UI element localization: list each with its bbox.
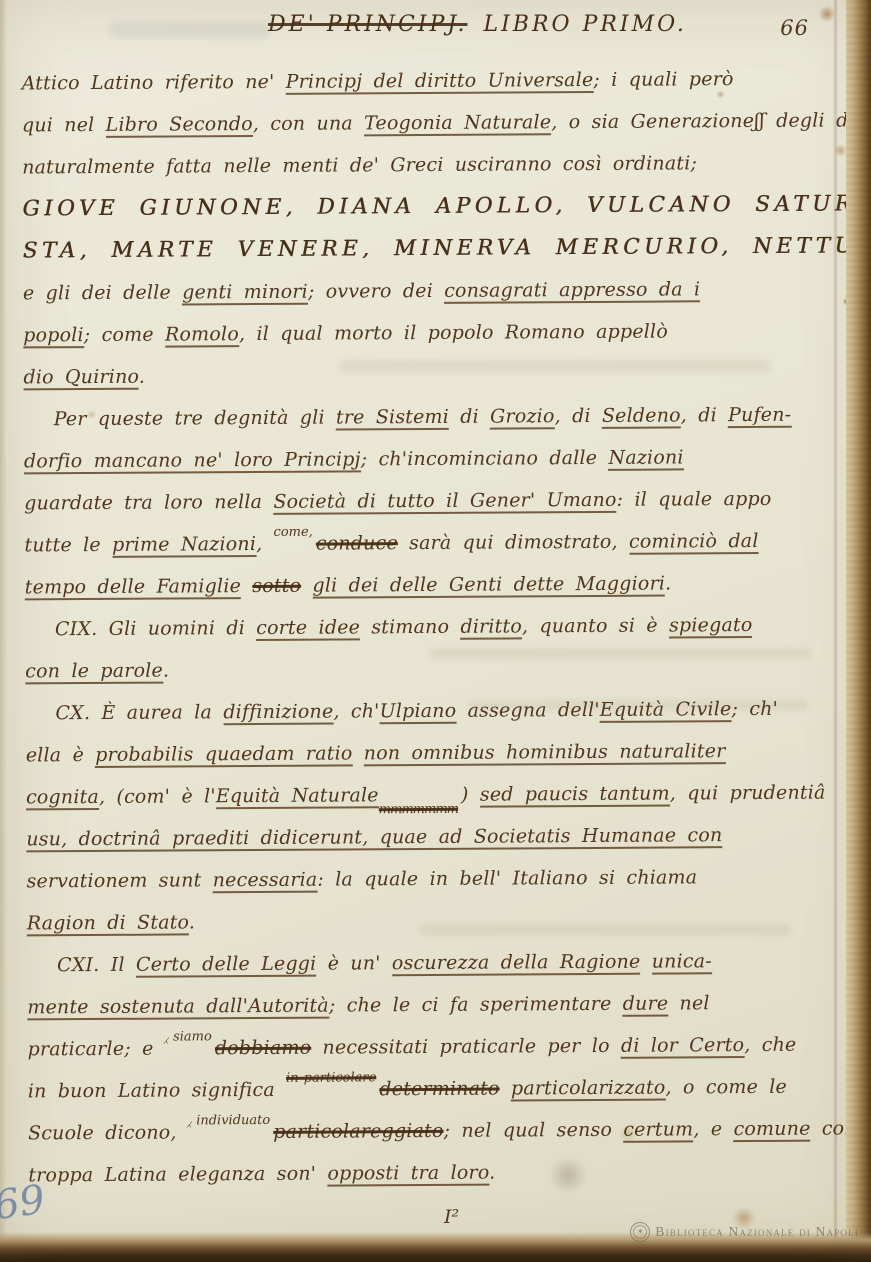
page-edge-left	[0, 0, 7, 1262]
manuscript-line: Scuole dicono, ⁁ individuatoparticolareg…	[28, 1108, 824, 1155]
manuscript-line: con le parole.	[25, 646, 821, 693]
manuscript-line: dorfio mancano ne' loro Principj; ch'inc…	[24, 436, 820, 483]
manuscript-line: ella è probabilis quaedam ratio non omni…	[26, 730, 822, 777]
manuscript-line: popoli; come Romolo, il qual morto il po…	[23, 310, 819, 357]
manuscript-line: CIX. Gli uomini di corte idee stimano di…	[25, 604, 821, 651]
library-stamp: ✶ Biblioteca Nazionale di Napoli	[630, 1222, 859, 1242]
page-number: 66	[780, 16, 809, 40]
manuscript-line: cognita, (com' è l'Equità Naturalemmmmmm…	[26, 772, 822, 819]
manuscript-line: qui nel Libro Secondo, con una Teogonia …	[22, 100, 818, 147]
page-header: DE' PRINCIPJ. LIBRO PRIMO.	[0, 12, 871, 37]
manuscript-line: usu, doctrinâ praediti didicerunt, quae …	[26, 814, 822, 861]
manuscript-line: tempo delle Famiglie sotto gli dei delle…	[25, 562, 821, 609]
manuscript-line: e gli dei delle genti minori; ovvero dei…	[23, 268, 819, 315]
page-crease	[833, 0, 838, 1262]
manuscript-line: Attico Latino riferito ne' Principj del …	[22, 58, 818, 105]
manuscript-line: naturalmente fatta nelle menti de' Greci…	[22, 142, 818, 189]
manuscript-line: CXI. Il Certo delle Leggi è un' oscurezz…	[27, 940, 823, 987]
struck-chapter-title: DE' PRINCIPJ.	[268, 12, 467, 37]
manuscript-line: STA, MARTE VENERE, MINERVA MERCURIO, NET…	[23, 226, 819, 273]
manuscript-line: dio Quirino.	[23, 352, 819, 399]
manuscript-line: servationem sunt necessaria: la quale in…	[26, 856, 822, 903]
manuscript-line: CX. È aurea la diffinizione, ch'Ulpiano …	[25, 688, 821, 735]
manuscript-line: guardate tra loro nella Società di tutto…	[24, 478, 820, 525]
manuscript-line: Ragion di Stato.	[27, 898, 823, 945]
book-edge-right	[846, 0, 871, 1262]
catchword: I²	[444, 1206, 459, 1228]
manuscript-line: in buon Latino significa in particolared…	[28, 1066, 824, 1113]
manuscript-line: Per queste tre degnità gli tre Sistemi d…	[24, 394, 820, 441]
manuscript-line: GIOVE GIUNONE, DIANA APOLLO, VULCANO SAT…	[22, 184, 818, 231]
book-title: LIBRO PRIMO.	[483, 12, 686, 37]
library-stamp-label: Biblioteca Nazionale di Napoli	[655, 1224, 859, 1240]
manuscript-lines: Attico Latino riferito ne' Principj del …	[22, 58, 825, 1197]
manuscript-line: mente sostenuta dall'Autorità; che le ci…	[27, 982, 823, 1029]
manuscript-line: troppa Latina eleganza son' opposti tra …	[28, 1150, 824, 1197]
library-seal-icon: ✶	[630, 1222, 650, 1242]
manuscript-line: praticarle; e ⁁ siamodobbiamo necessitat…	[27, 1024, 823, 1071]
foliation-number: 69	[0, 1177, 48, 1230]
manuscript-line: tutte le prime Nazioni, come,conduce sar…	[24, 520, 820, 567]
